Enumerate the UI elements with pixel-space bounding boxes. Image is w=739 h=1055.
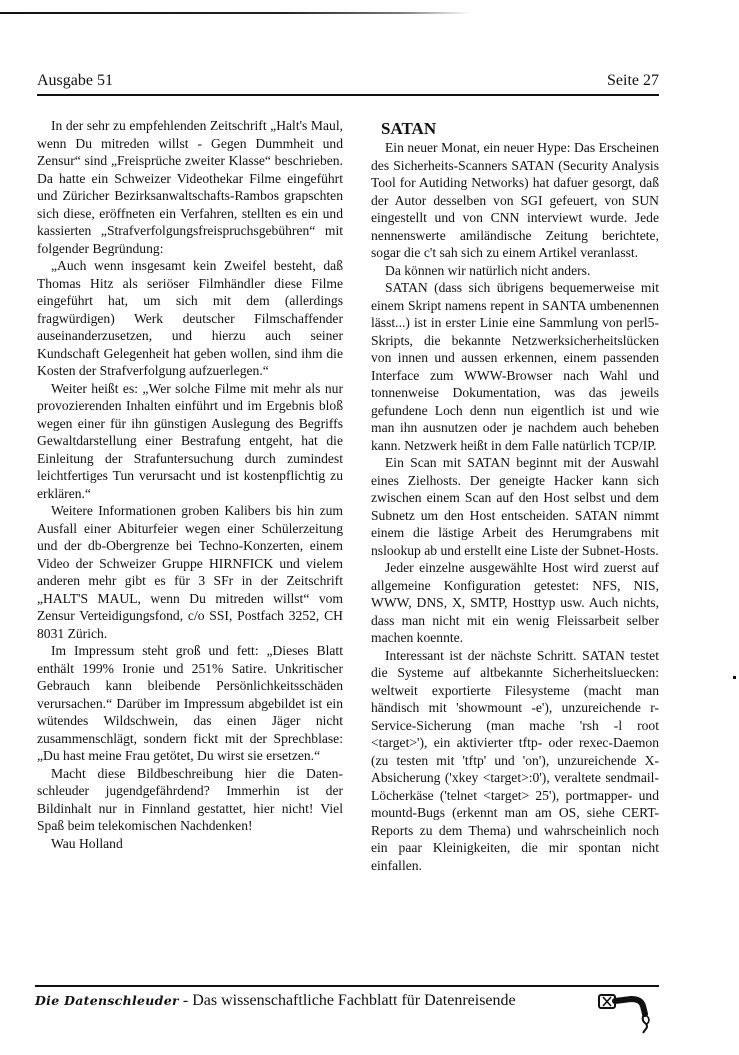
article-title: SATAN bbox=[381, 119, 659, 139]
paragraph: Da können wir natürlich nicht anders. bbox=[371, 262, 659, 280]
paragraph: Weitere Informationen groben Kalibers bi… bbox=[37, 502, 343, 642]
paragraph: Weiter heißt es: „Wer solche Filme mit m… bbox=[37, 380, 343, 503]
issue-number: Ausgabe 51 bbox=[37, 72, 113, 90]
scan-speck bbox=[733, 676, 736, 679]
footer-tagline: Das wissenschaftliche Fachblatt für Date… bbox=[192, 992, 515, 1009]
page-header: Ausgabe 51 Seite 27 bbox=[37, 70, 659, 94]
paragraph: SATAN (dass sich übrigens bequemerweise … bbox=[371, 279, 659, 454]
author-signature: Wau Holland bbox=[37, 835, 343, 853]
left-column-article: In der sehr zu empfehlenden Zeitschrift … bbox=[37, 117, 343, 852]
footer-rule bbox=[35, 985, 659, 987]
header-rule bbox=[37, 94, 659, 96]
masthead: Die Datenschleuder bbox=[35, 993, 179, 1008]
paragraph: Macht diese Bildbeschreibung hier die Da… bbox=[37, 765, 343, 835]
paragraph: In der sehr zu empfehlenden Zeitschrift … bbox=[37, 117, 343, 257]
right-column-article: SATAN Ein neuer Monat, ein neuer Hype: D… bbox=[371, 117, 659, 874]
paragraph: „Auch wenn insgesamt kein Zweifel besteh… bbox=[37, 257, 343, 380]
paragraph: Jeder einzelne ausgewählte Host wird zue… bbox=[371, 559, 659, 647]
paragraph: Im Impressum steht groß und fett: „Diese… bbox=[37, 642, 343, 765]
footer-separator: - bbox=[179, 992, 192, 1009]
page-footer: Die Datenschleuder - Das wissenschaftlic… bbox=[35, 992, 659, 1022]
chaos-knot-cable-icon bbox=[597, 992, 659, 1034]
page-number: Seite 27 bbox=[607, 72, 659, 90]
scan-artifact-rule bbox=[0, 12, 470, 14]
paragraph: Interessant ist der nächste Schritt. SAT… bbox=[371, 647, 659, 875]
paragraph: Ein Scan mit SATAN beginnt mit der Aus­w… bbox=[371, 454, 659, 559]
paragraph: Ein neuer Monat, ein neuer Hype: Das Er­… bbox=[371, 139, 659, 262]
